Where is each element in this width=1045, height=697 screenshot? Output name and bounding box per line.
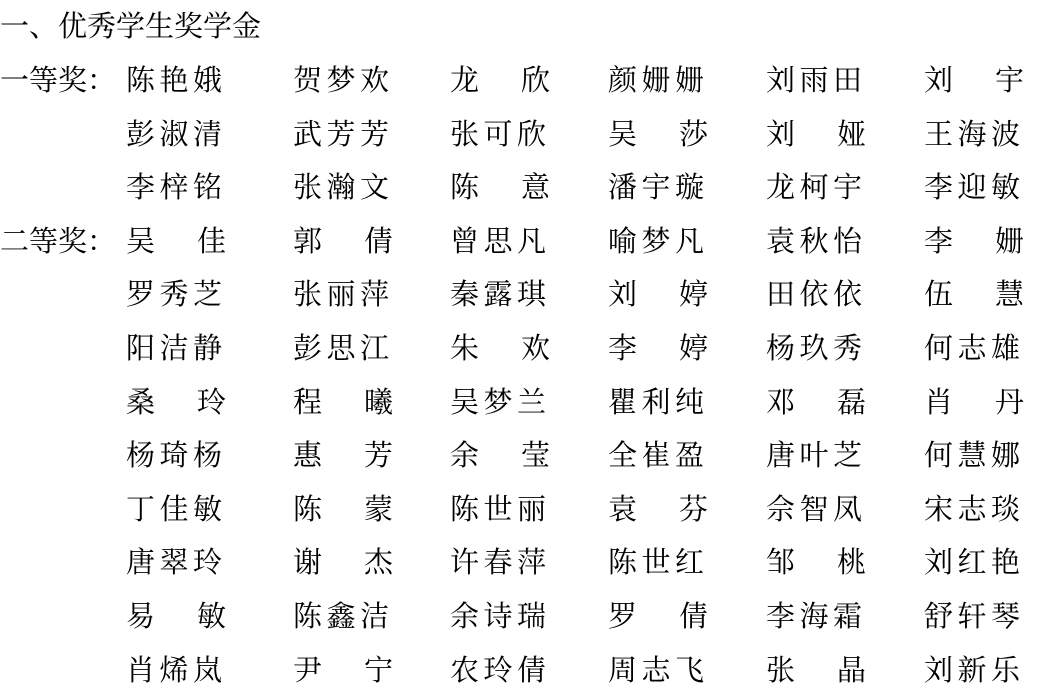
student-name: 秦露琪 (450, 274, 546, 314)
name-char: 余 (450, 596, 479, 636)
name-char: 飞 (675, 650, 704, 690)
name-char: 铭 (193, 167, 222, 207)
student-name: 桑玲 (126, 382, 226, 422)
name-char: 杰 (364, 542, 393, 582)
name-char: 袁 (766, 221, 795, 261)
name-char: 尹 (293, 650, 322, 690)
second-prize-row: 二等奖：吴佳郭倩曾思凡喻梦凡袁秋怡李姗 (0, 221, 1045, 261)
student-name: 全崔盈 (608, 435, 704, 475)
second-prize-row: 丁佳敏陈蒙陈世丽袁芬佘智凤宋志琰 (0, 489, 1045, 529)
name-char: 李 (924, 167, 953, 207)
name-char: 琦 (159, 435, 188, 475)
student-name: 潘宇璇 (608, 167, 704, 207)
name-char: 宇 (995, 60, 1024, 100)
name-char: 诗 (483, 596, 512, 636)
name-char: 陈 (293, 489, 322, 529)
student-name: 彭思江 (293, 328, 389, 368)
student-name: 张瀚文 (293, 167, 389, 207)
name-char: 罗 (608, 596, 637, 636)
student-name: 李梓铭 (126, 167, 222, 207)
name-char: 轩 (957, 596, 986, 636)
student-name: 王海波 (924, 114, 1020, 154)
name-char: 刘 (766, 60, 795, 100)
student-name: 许春萍 (450, 542, 546, 582)
name-char: 瀚 (326, 167, 355, 207)
name-char: 桃 (837, 542, 866, 582)
name-char: 叶 (799, 435, 828, 475)
name-char: 意 (521, 167, 550, 207)
name-char: 舒 (924, 596, 953, 636)
name-char: 宋 (924, 489, 953, 529)
student-name: 邹桃 (766, 542, 866, 582)
name-char: 罗 (126, 274, 155, 314)
student-name: 颜姗姗 (608, 60, 704, 100)
student-name: 刘新乐 (924, 650, 1020, 690)
student-name: 杨琦杨 (126, 435, 222, 475)
name-char: 倩 (517, 650, 546, 690)
name-char: 新 (957, 650, 986, 690)
student-name: 肖丹 (924, 382, 1024, 422)
student-name: 喻梦凡 (608, 221, 704, 261)
student-name: 刘宇 (924, 60, 1024, 100)
name-char: 怡 (833, 221, 862, 261)
student-name: 贺梦欢 (293, 60, 389, 100)
name-char: 丹 (995, 382, 1024, 422)
name-char: 贺 (293, 60, 322, 100)
name-char: 玲 (193, 542, 222, 582)
name-char: 琪 (517, 274, 546, 314)
name-char: 吴 (126, 221, 155, 261)
name-char: 许 (450, 542, 479, 582)
name-char: 邓 (766, 382, 795, 422)
name-char: 红 (675, 542, 704, 582)
name-char: 江 (360, 328, 389, 368)
name-char: 芳 (364, 435, 393, 475)
student-name: 田依依 (766, 274, 862, 314)
student-name: 刘雨田 (766, 60, 862, 100)
name-char: 朱 (450, 328, 479, 368)
student-name: 罗倩 (608, 596, 708, 636)
name-char: 陈 (293, 596, 322, 636)
name-char: 岚 (193, 650, 222, 690)
name-char: 露 (483, 274, 512, 314)
name-char: 曦 (364, 382, 393, 422)
name-char: 瞿 (608, 382, 637, 422)
name-char: 刘 (608, 274, 637, 314)
name-char: 李 (924, 221, 953, 261)
name-char: 迎 (957, 167, 986, 207)
name-char: 志 (957, 328, 986, 368)
name-char: 丽 (517, 489, 546, 529)
name-char: 芝 (833, 435, 862, 475)
name-char: 宇 (641, 167, 670, 207)
second-prize-row: 唐翠玲谢杰许春萍陈世红邹桃刘红艳 (0, 542, 1045, 582)
student-name: 曾思凡 (450, 221, 546, 261)
student-name: 张晶 (766, 650, 866, 690)
name-char: 娜 (991, 435, 1020, 475)
name-char: 志 (957, 489, 986, 529)
name-char: 彭 (293, 328, 322, 368)
name-char: 喻 (608, 221, 637, 261)
name-char: 杨 (193, 435, 222, 475)
name-char: 芝 (193, 274, 222, 314)
name-char: 张 (293, 167, 322, 207)
name-char: 陈 (608, 542, 637, 582)
student-name: 陈世红 (608, 542, 704, 582)
name-char: 萍 (517, 542, 546, 582)
student-name: 李姗 (924, 221, 1024, 261)
name-char: 娥 (193, 60, 222, 100)
student-name: 吴梦兰 (450, 382, 546, 422)
name-char: 肖 (126, 650, 155, 690)
student-name: 袁秋怡 (766, 221, 862, 261)
second-prize-row: 杨琦杨惠芳余莹全崔盈唐叶芝何慧娜 (0, 435, 1045, 475)
student-name: 刘娅 (766, 114, 866, 154)
name-char: 清 (193, 114, 222, 154)
student-name: 李婷 (608, 328, 708, 368)
name-char: 倩 (364, 221, 393, 261)
name-char: 全 (608, 435, 637, 475)
name-char: 莎 (679, 114, 708, 154)
name-char: 智 (799, 489, 828, 529)
name-char: 蒙 (364, 489, 393, 529)
name-char: 玲 (483, 650, 512, 690)
student-name: 舒轩琴 (924, 596, 1020, 636)
student-name: 张可欣 (450, 114, 546, 154)
name-char: 颜 (608, 60, 637, 100)
name-char: 杨 (126, 435, 155, 475)
name-char: 农 (450, 650, 479, 690)
name-char: 宁 (364, 650, 393, 690)
name-char: 丁 (126, 489, 155, 529)
name-char: 吴 (450, 382, 479, 422)
name-char: 翠 (159, 542, 188, 582)
name-char: 慧 (995, 274, 1024, 314)
name-char: 敏 (991, 167, 1020, 207)
first-prize-label: 一等奖： (0, 60, 116, 100)
name-char: 晶 (837, 650, 866, 690)
name-char: 姗 (675, 60, 704, 100)
second-prize-row: 肖烯岚尹宁农玲倩周志飞张晶刘新乐 (0, 650, 1045, 690)
student-name: 吴莎 (608, 114, 708, 154)
student-name: 杨玖秀 (766, 328, 862, 368)
name-char: 伍 (924, 274, 953, 314)
name-char: 梦 (483, 382, 512, 422)
student-name: 彭淑清 (126, 114, 222, 154)
student-name: 吴佳 (126, 221, 226, 261)
name-char: 佘 (766, 489, 795, 529)
name-char: 宇 (833, 167, 862, 207)
student-name: 谢杰 (293, 542, 393, 582)
student-name: 陈蒙 (293, 489, 393, 529)
name-char: 龙 (450, 60, 479, 100)
name-char: 婷 (679, 274, 708, 314)
name-char: 张 (293, 274, 322, 314)
name-char: 乐 (991, 650, 1020, 690)
name-char: 肖 (924, 382, 953, 422)
name-char: 崔 (641, 435, 670, 475)
name-char: 唐 (126, 542, 155, 582)
name-char: 姗 (995, 221, 1024, 261)
first-prize-row: 彭淑清武芳芳张可欣吴莎刘娅王海波 (0, 114, 1045, 154)
name-char: 玖 (799, 328, 828, 368)
name-char: 唐 (766, 435, 795, 475)
name-char: 鑫 (326, 596, 355, 636)
student-name: 余莹 (450, 435, 550, 475)
name-char: 春 (483, 542, 512, 582)
name-char: 可 (483, 114, 512, 154)
student-name: 周志飞 (608, 650, 704, 690)
name-char: 阳 (126, 328, 155, 368)
name-char: 娅 (837, 114, 866, 154)
student-name: 陈艳娥 (126, 60, 222, 100)
name-char: 柯 (799, 167, 828, 207)
second-prize-row: 罗秀芝张丽萍秦露琪刘婷田依依伍慧 (0, 274, 1045, 314)
name-char: 艳 (159, 60, 188, 100)
name-char: 凡 (675, 221, 704, 261)
student-name: 罗秀芝 (126, 274, 222, 314)
name-char: 莹 (521, 435, 550, 475)
name-char: 文 (360, 167, 389, 207)
name-char: 欣 (517, 114, 546, 154)
name-char: 李 (766, 596, 795, 636)
name-char: 思 (326, 328, 355, 368)
name-char: 杨 (766, 328, 795, 368)
student-name: 伍慧 (924, 274, 1024, 314)
name-char: 陈 (450, 167, 479, 207)
name-char: 田 (833, 60, 862, 100)
name-char: 李 (608, 328, 637, 368)
student-name: 阳洁静 (126, 328, 222, 368)
student-name: 余诗瑞 (450, 596, 546, 636)
name-char: 欣 (521, 60, 550, 100)
name-char: 张 (766, 650, 795, 690)
name-char: 曾 (450, 221, 479, 261)
name-char: 王 (924, 114, 953, 154)
name-char: 志 (641, 650, 670, 690)
name-char: 梦 (641, 221, 670, 261)
name-char: 刘 (924, 60, 953, 100)
name-char: 邹 (766, 542, 795, 582)
name-char: 瑞 (517, 596, 546, 636)
name-char: 梦 (326, 60, 355, 100)
name-char: 依 (833, 274, 862, 314)
name-char: 武 (293, 114, 322, 154)
name-char: 彭 (126, 114, 155, 154)
name-char: 郭 (293, 221, 322, 261)
name-char: 艳 (991, 542, 1020, 582)
student-name: 尹宁 (293, 650, 393, 690)
student-name: 袁芬 (608, 489, 708, 529)
name-char: 敏 (197, 596, 226, 636)
name-char: 凤 (833, 489, 862, 529)
name-char: 依 (799, 274, 828, 314)
name-char: 何 (924, 435, 953, 475)
name-char: 欢 (360, 60, 389, 100)
student-name: 何慧娜 (924, 435, 1020, 475)
student-name: 唐翠玲 (126, 542, 222, 582)
student-name: 武芳芳 (293, 114, 389, 154)
name-char: 红 (957, 542, 986, 582)
student-name: 陈意 (450, 167, 550, 207)
name-char: 易 (126, 596, 155, 636)
name-char: 程 (293, 382, 322, 422)
name-char: 洁 (360, 596, 389, 636)
name-char: 何 (924, 328, 953, 368)
name-char: 波 (991, 114, 1020, 154)
student-name: 朱欢 (450, 328, 550, 368)
name-char: 兰 (517, 382, 546, 422)
name-char: 雄 (991, 328, 1020, 368)
student-name: 肖烯岚 (126, 650, 222, 690)
name-char: 梓 (159, 167, 188, 207)
name-char: 海 (957, 114, 986, 154)
student-name: 邓磊 (766, 382, 866, 422)
student-name: 郭倩 (293, 221, 393, 261)
first-prize-row: 李梓铭张瀚文陈意潘宇璇龙柯宇李迎敏 (0, 167, 1045, 207)
name-char: 玲 (197, 382, 226, 422)
name-char: 淑 (159, 114, 188, 154)
name-char: 袁 (608, 489, 637, 529)
student-name: 唐叶芝 (766, 435, 862, 475)
second-prize-row: 阳洁静彭思江朱欢李婷杨玖秀何志雄 (0, 328, 1045, 368)
first-prize-row: 一等奖：陈艳娥贺梦欢龙欣颜姗姗刘雨田刘宇 (0, 60, 1045, 100)
name-char: 利 (641, 382, 670, 422)
name-char: 桑 (126, 382, 155, 422)
name-char: 周 (608, 650, 637, 690)
name-char: 余 (450, 435, 479, 475)
name-char: 佳 (159, 489, 188, 529)
name-char: 倩 (679, 596, 708, 636)
name-char: 潘 (608, 167, 637, 207)
student-name: 宋志琰 (924, 489, 1020, 529)
second-prize-row: 易敏陈鑫洁余诗瑞罗倩李海霜舒轩琴 (0, 596, 1045, 636)
scholarship-document: 一、优秀学生奖学金 一等奖：陈艳娥贺梦欢龙欣颜姗姗刘雨田刘宇彭淑清武芳芳张可欣吴… (0, 0, 1045, 697)
name-char: 刘 (924, 650, 953, 690)
name-char: 敏 (193, 489, 222, 529)
name-char: 秋 (799, 221, 828, 261)
name-char: 芳 (360, 114, 389, 154)
name-char: 芬 (679, 489, 708, 529)
name-char: 刘 (766, 114, 795, 154)
student-name: 龙柯宇 (766, 167, 862, 207)
student-name: 陈鑫洁 (293, 596, 389, 636)
name-char: 陈 (450, 489, 479, 529)
name-char: 璇 (675, 167, 704, 207)
name-char: 张 (450, 114, 479, 154)
name-char: 世 (483, 489, 512, 529)
name-char: 思 (483, 221, 512, 261)
student-name: 龙欣 (450, 60, 550, 100)
name-char: 姗 (641, 60, 670, 100)
student-name: 佘智凤 (766, 489, 862, 529)
student-name: 瞿利纯 (608, 382, 704, 422)
student-name: 丁佳敏 (126, 489, 222, 529)
student-name: 惠芳 (293, 435, 393, 475)
second-prize-label: 二等奖： (0, 221, 116, 261)
name-char: 芳 (326, 114, 355, 154)
student-name: 刘婷 (608, 274, 708, 314)
student-name: 李迎敏 (924, 167, 1020, 207)
name-char: 海 (799, 596, 828, 636)
student-name: 易敏 (126, 596, 226, 636)
second-prize-row: 桑玲程曦吴梦兰瞿利纯邓磊肖丹 (0, 382, 1045, 422)
name-char: 婷 (679, 328, 708, 368)
student-name: 何志雄 (924, 328, 1020, 368)
student-name: 陈世丽 (450, 489, 546, 529)
name-char: 丽 (326, 274, 355, 314)
name-char: 秦 (450, 274, 479, 314)
name-char: 惠 (293, 435, 322, 475)
name-char: 秀 (833, 328, 862, 368)
student-name: 农玲倩 (450, 650, 546, 690)
name-char: 世 (641, 542, 670, 582)
name-char: 龙 (766, 167, 795, 207)
name-char: 秀 (159, 274, 188, 314)
name-char: 磊 (837, 382, 866, 422)
name-char: 琴 (991, 596, 1020, 636)
name-char: 萍 (360, 274, 389, 314)
name-char: 吴 (608, 114, 637, 154)
student-name: 李海霜 (766, 596, 862, 636)
student-name: 程曦 (293, 382, 393, 422)
name-char: 霜 (833, 596, 862, 636)
name-char: 烯 (159, 650, 188, 690)
name-char: 慧 (957, 435, 986, 475)
name-char: 刘 (924, 542, 953, 582)
name-char: 雨 (799, 60, 828, 100)
name-char: 纯 (675, 382, 704, 422)
name-char: 欢 (521, 328, 550, 368)
name-char: 静 (193, 328, 222, 368)
name-char: 盈 (675, 435, 704, 475)
name-char: 佳 (197, 221, 226, 261)
name-char: 李 (126, 167, 155, 207)
student-name: 刘红艳 (924, 542, 1020, 582)
name-char: 陈 (126, 60, 155, 100)
name-char: 田 (766, 274, 795, 314)
name-char: 谢 (293, 542, 322, 582)
name-char: 凡 (517, 221, 546, 261)
name-char: 琰 (991, 489, 1020, 529)
name-char: 洁 (159, 328, 188, 368)
section-heading: 一、优秀学生奖学金 (0, 6, 261, 46)
student-name: 张丽萍 (293, 274, 389, 314)
